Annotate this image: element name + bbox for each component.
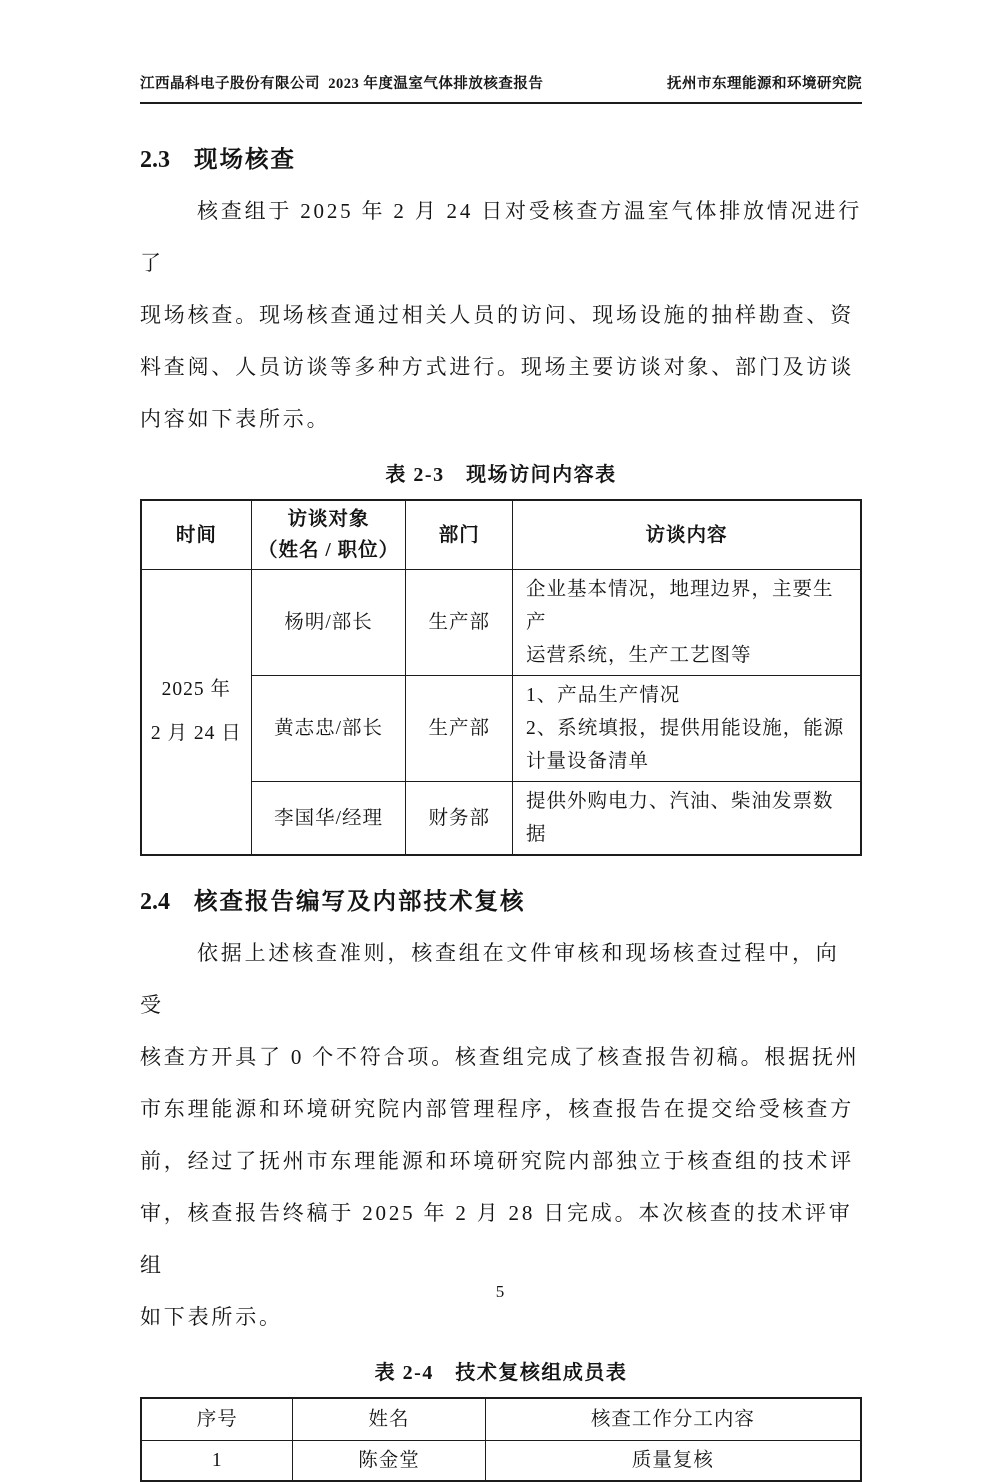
table-2-4-caption-title: 技术复核组成员表 [455, 1362, 627, 1384]
table-2-3-header-content: 访谈内容 [513, 500, 862, 570]
table-2-4-no-cell: 1 [141, 1440, 293, 1481]
table-2-4: 序号 姓名 核查工作分工内容 1 陈金堂 质量复核 [140, 1397, 862, 1482]
section-2-4-paragraph: 依据上述核查准则，核查组在文件审核和现场核查过程中，向受 核查方开具了 0 个不… [140, 927, 862, 1343]
table-2-4-name-cell: 陈金堂 [293, 1440, 485, 1481]
table-row: 2025 年 2 月 24 日 杨明/部长 生产部 企业基本情况，地理边界，主要… [141, 570, 861, 676]
table-2-3-header-time: 时间 [141, 500, 251, 570]
table-2-4-header-no: 序号 [141, 1398, 293, 1440]
table-2-3-content-cell: 提供外购电力、汽油、柴油发票数据 [513, 782, 862, 856]
header-rule [140, 102, 862, 104]
table-2-3-header-dept: 部门 [406, 500, 513, 570]
table-2-3-header-person: 访谈对象 （姓名 / 职位） [251, 500, 406, 570]
table-2-4-header-name: 姓名 [293, 1398, 485, 1440]
table-2-3-content-cell: 企业基本情况，地理边界，主要生产 运营系统，生产工艺图等 [513, 570, 862, 676]
section-2-3-number: 2.3 [140, 147, 170, 174]
header-left-text: 江西晶科电子股份有限公司 2023 年度温室气体排放核查报告 [140, 72, 543, 93]
table-2-3-dept-cell: 生产部 [406, 570, 513, 676]
running-header: 江西晶科电子股份有限公司 2023 年度温室气体排放核查报告 抚州市东理能源和环… [140, 72, 862, 93]
table-2-4-caption-label: 表 2-4 [375, 1362, 434, 1384]
table-2-4-header-content: 核查工作分工内容 [485, 1398, 861, 1440]
section-2-3-heading: 2.3 现场核查 [140, 140, 862, 174]
section-2-3-paragraph: 核查组于 2025 年 2 月 24 日对受核查方温室气体排放情况进行了 现场核… [140, 185, 862, 445]
table-2-3-person-cell: 黄志忠/部长 [251, 676, 406, 782]
section-2-3-title: 现场核查 [194, 140, 296, 174]
table-2-3-dept-cell: 生产部 [406, 676, 513, 782]
table-2-3-dept-cell: 财务部 [406, 782, 513, 856]
table-2-3-content-cell: 1、产品生产情况 2、系统填报，提供用能设施，能源 计量设备清单 [513, 676, 862, 782]
page-number: 5 [0, 1282, 1000, 1302]
table-2-3-time-cell: 2025 年 2 月 24 日 [141, 570, 251, 856]
document-page: 江西晶科电子股份有限公司 2023 年度温室气体排放核查报告 抚州市东理能源和环… [0, 0, 1000, 1414]
table-2-3-person-cell: 李国华/经理 [251, 782, 406, 856]
table-row: 1 陈金堂 质量复核 [141, 1440, 861, 1481]
table-2-4-caption: 表 2-4 技术复核组成员表 [140, 1356, 862, 1385]
table-2-3: 时间 访谈对象 （姓名 / 职位） 部门 访谈内容 2025 年 2 月 24 … [140, 499, 862, 856]
table-2-3-person-cell: 杨明/部长 [251, 570, 406, 676]
header-right-text: 抚州市东理能源和环境研究院 [667, 72, 862, 93]
table-2-4-content-cell: 质量复核 [485, 1440, 861, 1481]
section-2-4-title: 核查报告编写及内部技术复核 [194, 882, 526, 916]
table-2-3-header-row: 时间 访谈对象 （姓名 / 职位） 部门 访谈内容 [141, 500, 861, 570]
table-2-3-caption: 表 2-3 现场访问内容表 [140, 458, 862, 487]
section-2-4-number: 2.4 [140, 889, 170, 916]
table-2-3-caption-title: 现场访问内容表 [466, 464, 617, 486]
section-2-4-heading: 2.4 核查报告编写及内部技术复核 [140, 882, 862, 916]
table-2-4-header-row: 序号 姓名 核查工作分工内容 [141, 1398, 861, 1440]
table-2-3-caption-label: 表 2-3 [385, 464, 444, 486]
